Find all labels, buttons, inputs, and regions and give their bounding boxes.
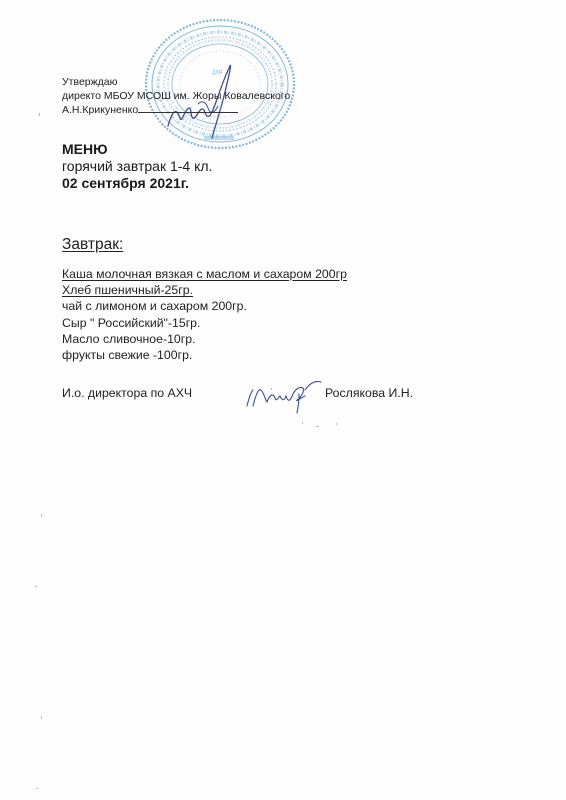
approval-label: Утверждаю [62, 76, 290, 90]
list-item: фрукты свежие -100гр. [62, 347, 347, 363]
menu-date: 02 сентября 2021г. [62, 175, 212, 192]
menu-subtitle: горячий завтрак 1-4 кл. [62, 158, 212, 175]
list-item: Сыр " Российский"-15гр. [62, 315, 347, 331]
scan-speck [35, 586, 37, 587]
list-item: Хлеб пшеничный-25гр. [62, 282, 347, 298]
approval-block: Утверждаю директо МБОУ МСОШ им. Жоры Ков… [62, 76, 290, 118]
signature-line [138, 103, 238, 113]
approver-position: директо МБОУ МСОШ им. Жоры Ковалевского [62, 90, 290, 104]
breakfast-items-list: Каша молочная вязкая с маслом и сахаром … [62, 266, 347, 363]
list-item: чай с лимоном и сахаром 200гр. [62, 298, 347, 314]
scan-speck [39, 113, 40, 116]
scan-speck [336, 423, 337, 425]
list-item: Каша молочная вязкая с маслом и сахаром … [62, 266, 347, 282]
signer-name: Рослякова И.Н. [325, 386, 413, 400]
scan-speck [302, 422, 303, 424]
scan-speck [41, 716, 42, 719]
scan-speck [271, 388, 272, 390]
approver-name: А.Н.Крикуненко [62, 104, 138, 116]
breakfast-heading: Завтрак: [62, 236, 123, 254]
scan-speck [316, 426, 319, 427]
scan-speck [36, 788, 38, 789]
scan-speck [41, 514, 42, 517]
deputy-signature-icon [243, 376, 325, 414]
signer-role: И.о. директора по АХЧ [62, 386, 192, 400]
list-item: Масло сливочное-10гр. [62, 331, 347, 347]
menu-title: МЕНЮ [62, 141, 212, 158]
document-page: ДЛЯ Утверждаю директо МБОУ МСОШ им. Жоры… [0, 0, 566, 800]
approver-name-line: А.Н.Крикуненко [62, 103, 290, 118]
menu-heading: МЕНЮ горячий завтрак 1-4 кл. 02 сентября… [62, 141, 212, 192]
